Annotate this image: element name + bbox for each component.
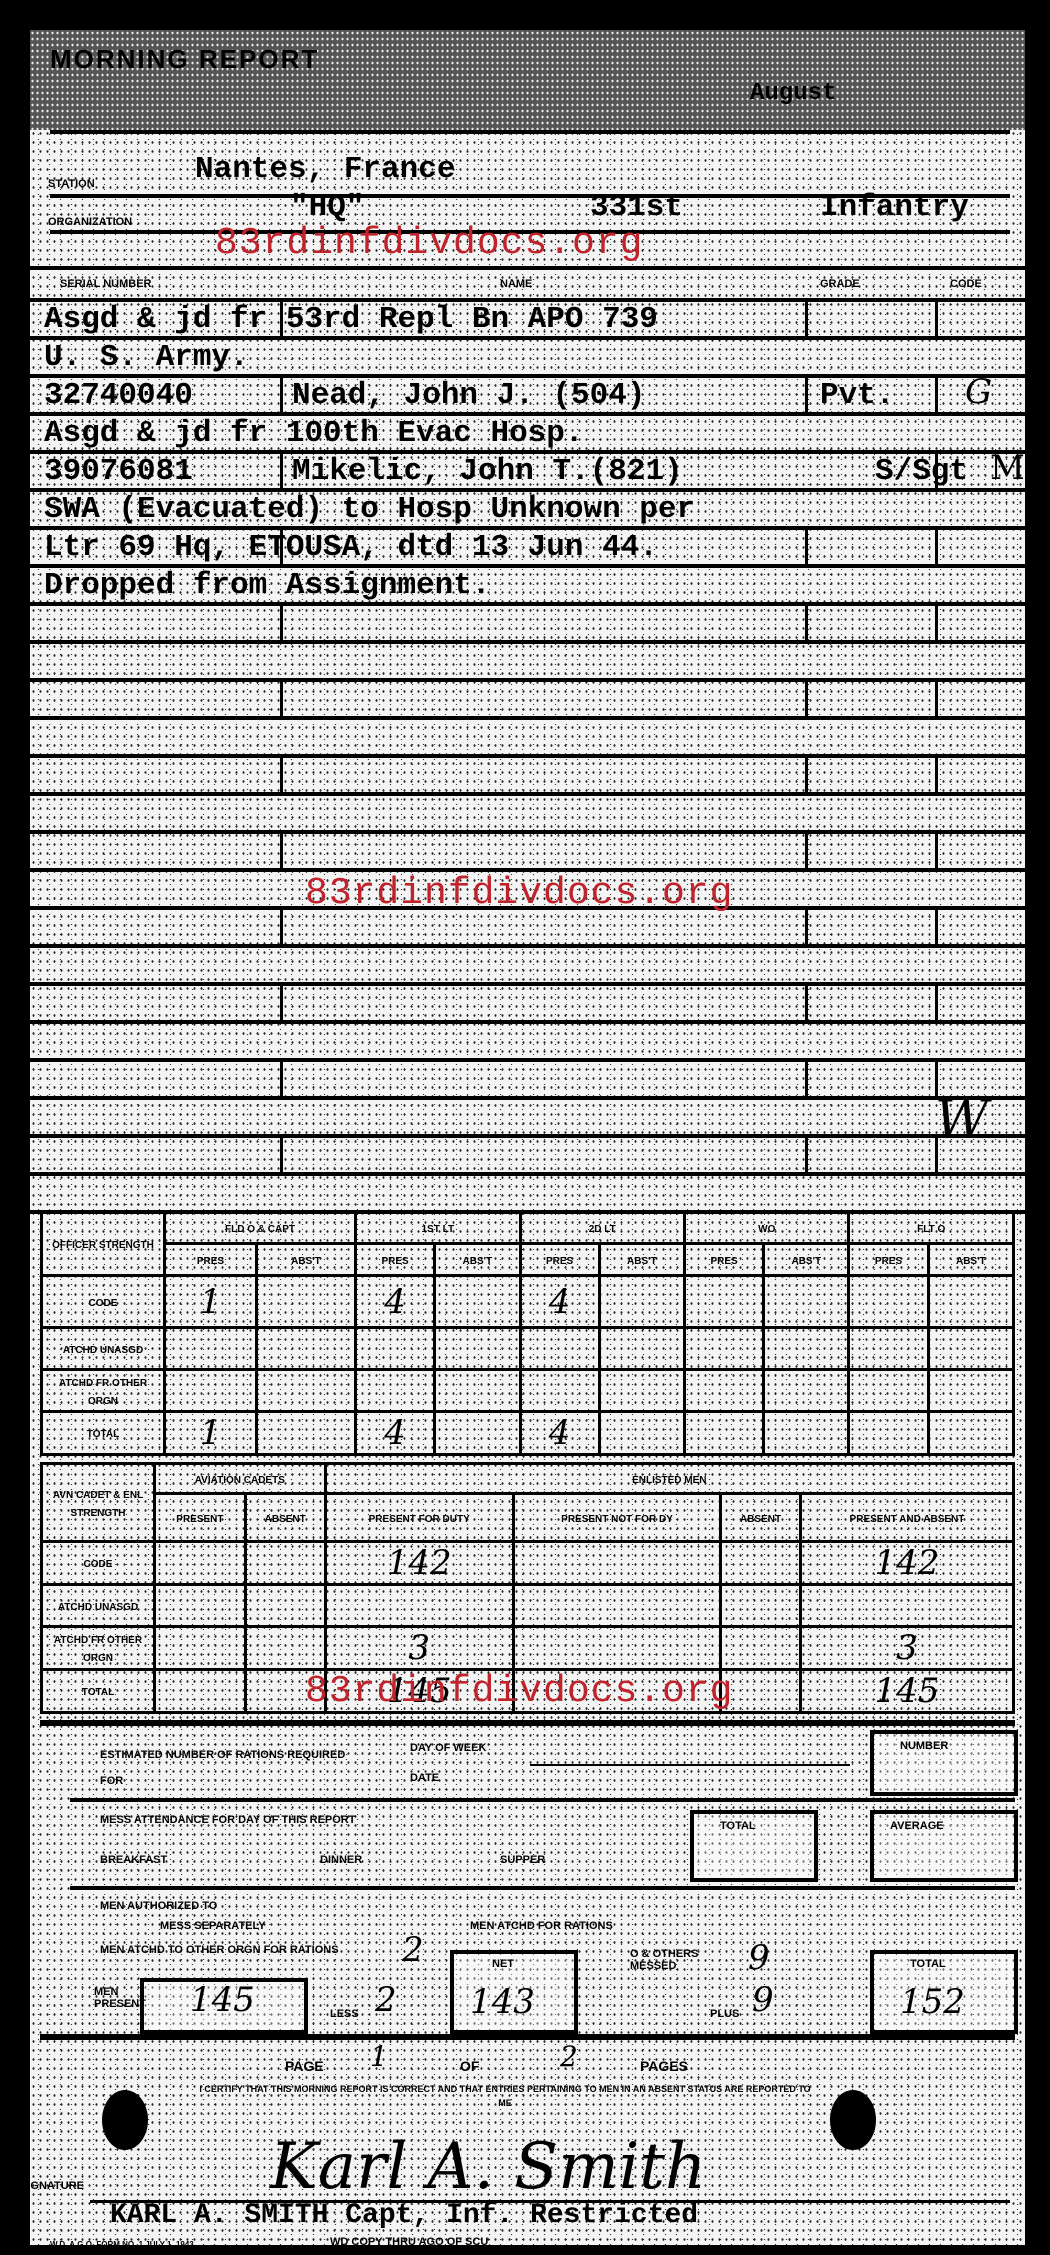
copy-note: WD COPY THRU AGO OF SCU (330, 2236, 488, 2248)
cell (435, 1276, 520, 1328)
signer-name: KARL A. SMITH Capt, Inf. Restricted (110, 2200, 698, 2231)
day-of-week-label: DAY OF WEEK (410, 1742, 486, 1754)
signature-label: SIGNATURE (20, 2180, 84, 2192)
rule (70, 1886, 1015, 1890)
org-regiment: 331st (590, 190, 683, 225)
entry-line: Ltr 69 Hq, ETOUSA, dtd 13 Jun 44. (44, 530, 658, 565)
sub-header: PRES (546, 1256, 573, 1267)
col-grade: GRADE (820, 278, 860, 290)
divider (805, 1058, 808, 1096)
page-number: 1 (370, 2040, 388, 2073)
header-rule (50, 130, 1010, 134)
row-label: CODE (89, 1298, 118, 1309)
station-label: STATION (48, 178, 95, 190)
divider (935, 906, 938, 944)
cell (721, 1585, 801, 1627)
divider (935, 982, 938, 1020)
rule (30, 602, 1025, 606)
divider (280, 754, 283, 792)
cell (849, 1370, 928, 1412)
sub-header: ABS'T (463, 1256, 493, 1267)
cell (155, 1542, 246, 1585)
plus-label: PLUS (710, 2008, 739, 2020)
entry-name: Mikelic, John T.(821) (292, 454, 683, 489)
rule (30, 1172, 1025, 1176)
cell (764, 1412, 849, 1455)
sub-header: ABS'T (291, 1256, 321, 1267)
rule (30, 1134, 1025, 1138)
group-header: WO (758, 1224, 775, 1235)
punch-hole (102, 2090, 148, 2150)
cell (721, 1627, 801, 1670)
total-value: 152 (900, 1982, 965, 2022)
rule (30, 982, 1025, 986)
divider (935, 450, 938, 488)
cell: 142 (800, 1542, 1013, 1585)
number-label: NUMBER (900, 1740, 948, 1752)
rule (70, 1798, 1015, 1802)
less-label: LESS (330, 2008, 359, 2020)
cell (513, 1542, 720, 1585)
divider (280, 1134, 283, 1172)
divider (805, 526, 808, 564)
cell (849, 1328, 928, 1370)
rule (30, 266, 1025, 270)
cell (928, 1276, 1013, 1328)
divider (935, 754, 938, 792)
margin-initial: W (935, 1090, 988, 1150)
cell (928, 1412, 1013, 1455)
entry-code: M (990, 448, 1025, 488)
rule (530, 1764, 850, 1766)
cell (256, 1412, 355, 1455)
cell (435, 1412, 520, 1455)
table-row: CODE 142 142 (42, 1542, 1014, 1585)
divider (805, 298, 808, 336)
plus-value: 9 (752, 1980, 774, 2020)
divider (805, 1134, 808, 1172)
row-label: TOTAL (82, 1687, 114, 1698)
supper-label: SUPPER (500, 1854, 545, 1866)
table-row: ATCHD UNASGD (42, 1328, 1014, 1370)
cell: 4 (520, 1412, 599, 1455)
aviation-cadets-header: AVIATION CADETS (195, 1475, 285, 1486)
row-label: ATCHD FR OTHER ORGN (59, 1378, 147, 1407)
cell: 3 (325, 1627, 513, 1670)
cell (513, 1627, 720, 1670)
divider (805, 754, 808, 792)
cell (356, 1328, 435, 1370)
punch-hole (830, 2090, 876, 2150)
watermark: 83rdinfdivdocs.org (215, 222, 643, 265)
cell (155, 1670, 246, 1713)
less-value: 2 (375, 1980, 397, 2020)
divider (935, 830, 938, 868)
divider (935, 298, 938, 336)
sub-header: ABS'T (791, 1256, 821, 1267)
sub-header: PRES (875, 1256, 902, 1267)
divider (280, 830, 283, 868)
divider (280, 982, 283, 1020)
rule (30, 944, 1025, 948)
divider (280, 678, 283, 716)
entry-line: Dropped from Assignment. (44, 568, 490, 603)
cell (155, 1585, 246, 1627)
men-atchd-other-value: 2 (402, 1930, 424, 1970)
entry-name: Nead, John J. (504) (292, 378, 645, 413)
divider (805, 830, 808, 868)
cell (513, 1585, 720, 1627)
cell (764, 1370, 849, 1412)
average-label: AVERAGE (890, 1820, 944, 1832)
enlisted-strength-label: AVN CADET & ENL STRENGTH (53, 1490, 143, 1519)
cell (245, 1627, 325, 1670)
entry-serial: 39076081 (44, 454, 193, 489)
row-label: ATCHD UNASGD (63, 1345, 143, 1356)
form-title: MORNING REPORT (50, 44, 319, 75)
mess-attendance-label: MESS ATTENDANCE FOR DAY OF THIS REPORT (100, 1814, 355, 1826)
rule (40, 2034, 1015, 2040)
rule (30, 1020, 1025, 1024)
sub-header: ABS'T (956, 1256, 986, 1267)
divider (280, 450, 283, 488)
report-month: August (750, 80, 836, 107)
row-label: ATCHD FR OTHER ORGN (54, 1635, 142, 1664)
cell (256, 1276, 355, 1328)
cell (928, 1370, 1013, 1412)
col-name: NAME (500, 278, 532, 290)
cell (435, 1370, 520, 1412)
col-header: PRESENT (176, 1514, 223, 1525)
men-present-value: 145 (190, 1980, 255, 2020)
cell: 3 (800, 1627, 1013, 1670)
divider (280, 374, 283, 412)
dinner-label: DINNER (320, 1854, 362, 1866)
group-header: FLT O (917, 1224, 945, 1235)
divider (280, 906, 283, 944)
cell: 4 (356, 1412, 435, 1455)
cell (325, 1585, 513, 1627)
sub-header: ABS'T (627, 1256, 657, 1267)
divider (805, 678, 808, 716)
page-label: PAGE (285, 2058, 324, 2074)
station-value: Nantes, France (195, 152, 455, 187)
rule (40, 1720, 1015, 1726)
watermark: 83rdinfdivdocs.org (305, 1670, 733, 1713)
col-header: PRESENT AND ABSENT (850, 1514, 965, 1525)
row-label: CODE (84, 1559, 113, 1570)
form-number: W.D. A.G.O. Form No. 1 July 1, 1943 (50, 2240, 194, 2249)
net-label: NET (492, 1958, 514, 1970)
col-serial: SERIAL NUMBER (60, 278, 151, 290)
sub-header: PRES (382, 1256, 409, 1267)
entry-line: Asgd & jd fr 100th Evac Hosp. (44, 416, 584, 451)
cell (155, 1627, 246, 1670)
entry-grade: S/Sgt (875, 454, 968, 489)
rule (30, 754, 1025, 758)
rule (30, 640, 1025, 644)
total-value-label: TOTAL (910, 1958, 946, 1970)
sub-header: PRES (197, 1256, 224, 1267)
table-row: ATCHD FR OTHER ORGN (42, 1370, 1014, 1412)
cell: 4 (356, 1276, 435, 1328)
rule (30, 830, 1025, 834)
men-present-label: MEN PRESENT (94, 1986, 134, 2010)
col-code: CODE (950, 278, 982, 290)
cell: 4 (520, 1276, 599, 1328)
total-label: TOTAL (720, 1820, 756, 1832)
col-header: PRESENT FOR DUTY (369, 1514, 470, 1525)
cell (435, 1328, 520, 1370)
officer-strength-label: OFFICER STRENGTH (52, 1240, 154, 1251)
cell (685, 1412, 764, 1455)
table-row: TOTAL 1 4 4 (42, 1412, 1014, 1455)
rule (30, 716, 1025, 720)
entry-line: Asgd & jd fr 53rd Repl Bn APO 739 (44, 302, 658, 337)
divider (935, 374, 938, 412)
divider (280, 1058, 283, 1096)
morning-report-sheet: MORNING REPORT August STATION Nantes, Fr… (30, 30, 1025, 2245)
cell (928, 1328, 1013, 1370)
rule (30, 1096, 1025, 1100)
cell (685, 1276, 764, 1328)
group-header: FLD O & CAPT (225, 1224, 295, 1235)
entry-code: G (965, 372, 992, 412)
cell: 145 (800, 1670, 1013, 1713)
estimated-rations-label: ESTIMATED NUMBER OF RATIONS REQUIRED FOR (100, 1742, 360, 1794)
cell (256, 1328, 355, 1370)
divider (805, 982, 808, 1020)
breakfast-label: BREAKFAST (100, 1854, 167, 1866)
cell (849, 1412, 928, 1455)
cell (520, 1370, 599, 1412)
cell (764, 1276, 849, 1328)
watermark: 83rdinfdivdocs.org (305, 872, 733, 915)
row-label: TOTAL (87, 1429, 119, 1440)
divider (805, 602, 808, 640)
cell (256, 1370, 355, 1412)
cell (685, 1370, 764, 1412)
sub-header: PRES (710, 1256, 737, 1267)
divider (935, 602, 938, 640)
cell (165, 1328, 257, 1370)
date-label: DATE (410, 1772, 439, 1784)
entry-line: U. S. Army. (44, 340, 249, 375)
men-authorized-label: MEN AUTHORIZED TO (100, 1900, 217, 1912)
col-header: PRESENT NOT FOR DY (561, 1514, 673, 1525)
divider (935, 526, 938, 564)
table-row: ATCHD FR OTHER ORGN 3 3 (42, 1627, 1014, 1670)
entry-grade: Pvt. (820, 378, 894, 413)
divider (805, 906, 808, 944)
col-header: ABSENT (740, 1514, 781, 1525)
row-label: ATCHD UNASGD (58, 1602, 138, 1613)
pages-total: 2 (560, 2040, 578, 2073)
men-atchd-other-label: MEN ATCHD TO OTHER ORGN FOR RATIONS (100, 1944, 340, 1956)
o-others-value: 9 (748, 1938, 770, 1978)
cell (520, 1328, 599, 1370)
rule (30, 792, 1025, 796)
officer-strength-table: OFFICER STRENGTH FLD O & CAPT 1ST LT 2D … (40, 1210, 1015, 1456)
cell (599, 1370, 684, 1412)
cell (599, 1276, 684, 1328)
cell (356, 1370, 435, 1412)
org-unit: "HQ" (290, 190, 364, 225)
col-header: ABSENT (265, 1514, 306, 1525)
rule (30, 678, 1025, 682)
men-atchd-rations-label: MEN ATCHD FOR RATIONS (470, 1920, 613, 1932)
divider (805, 374, 808, 412)
group-header: 2D LT (589, 1224, 616, 1235)
of-label: OF (460, 2058, 479, 2074)
cell: 142 (325, 1542, 513, 1585)
table-row: CODE 1 4 4 (42, 1276, 1014, 1328)
cell: 1 (165, 1412, 257, 1455)
org-branch: Infantry (820, 190, 969, 225)
cell (165, 1370, 257, 1412)
mess-separately-label: MESS SEPARATELY (160, 1920, 266, 1932)
entry-serial: 32740040 (44, 378, 193, 413)
cell (245, 1585, 325, 1627)
cell (599, 1328, 684, 1370)
rule (30, 1058, 1025, 1062)
organization-label: ORGANIZATION (48, 216, 132, 228)
divider (280, 298, 283, 336)
cell (599, 1412, 684, 1455)
cell (800, 1585, 1013, 1627)
cell (685, 1328, 764, 1370)
entry-line: SWA (Evacuated) to Hosp Unknown per (44, 492, 695, 527)
table-row: ATCHD UNASGD (42, 1585, 1014, 1627)
net-value: 143 (470, 1982, 535, 2022)
cell (245, 1542, 325, 1585)
group-header: 1ST LT (422, 1224, 455, 1235)
cell (764, 1328, 849, 1370)
divider (280, 602, 283, 640)
divider (935, 678, 938, 716)
cell (721, 1542, 801, 1585)
divider (280, 526, 283, 564)
signature: Karl A. Smith (270, 2130, 706, 2204)
cell (849, 1276, 928, 1328)
pages-label: PAGES (640, 2058, 688, 2074)
o-others-messed-label: O & OTHERS MESSED (630, 1948, 740, 1972)
enlisted-men-header: ENLISTED MEN (632, 1475, 706, 1486)
cell: 1 (165, 1276, 257, 1328)
certification-text: I CERTIFY THAT THIS MORNING REPORT IS CO… (195, 2082, 815, 2110)
